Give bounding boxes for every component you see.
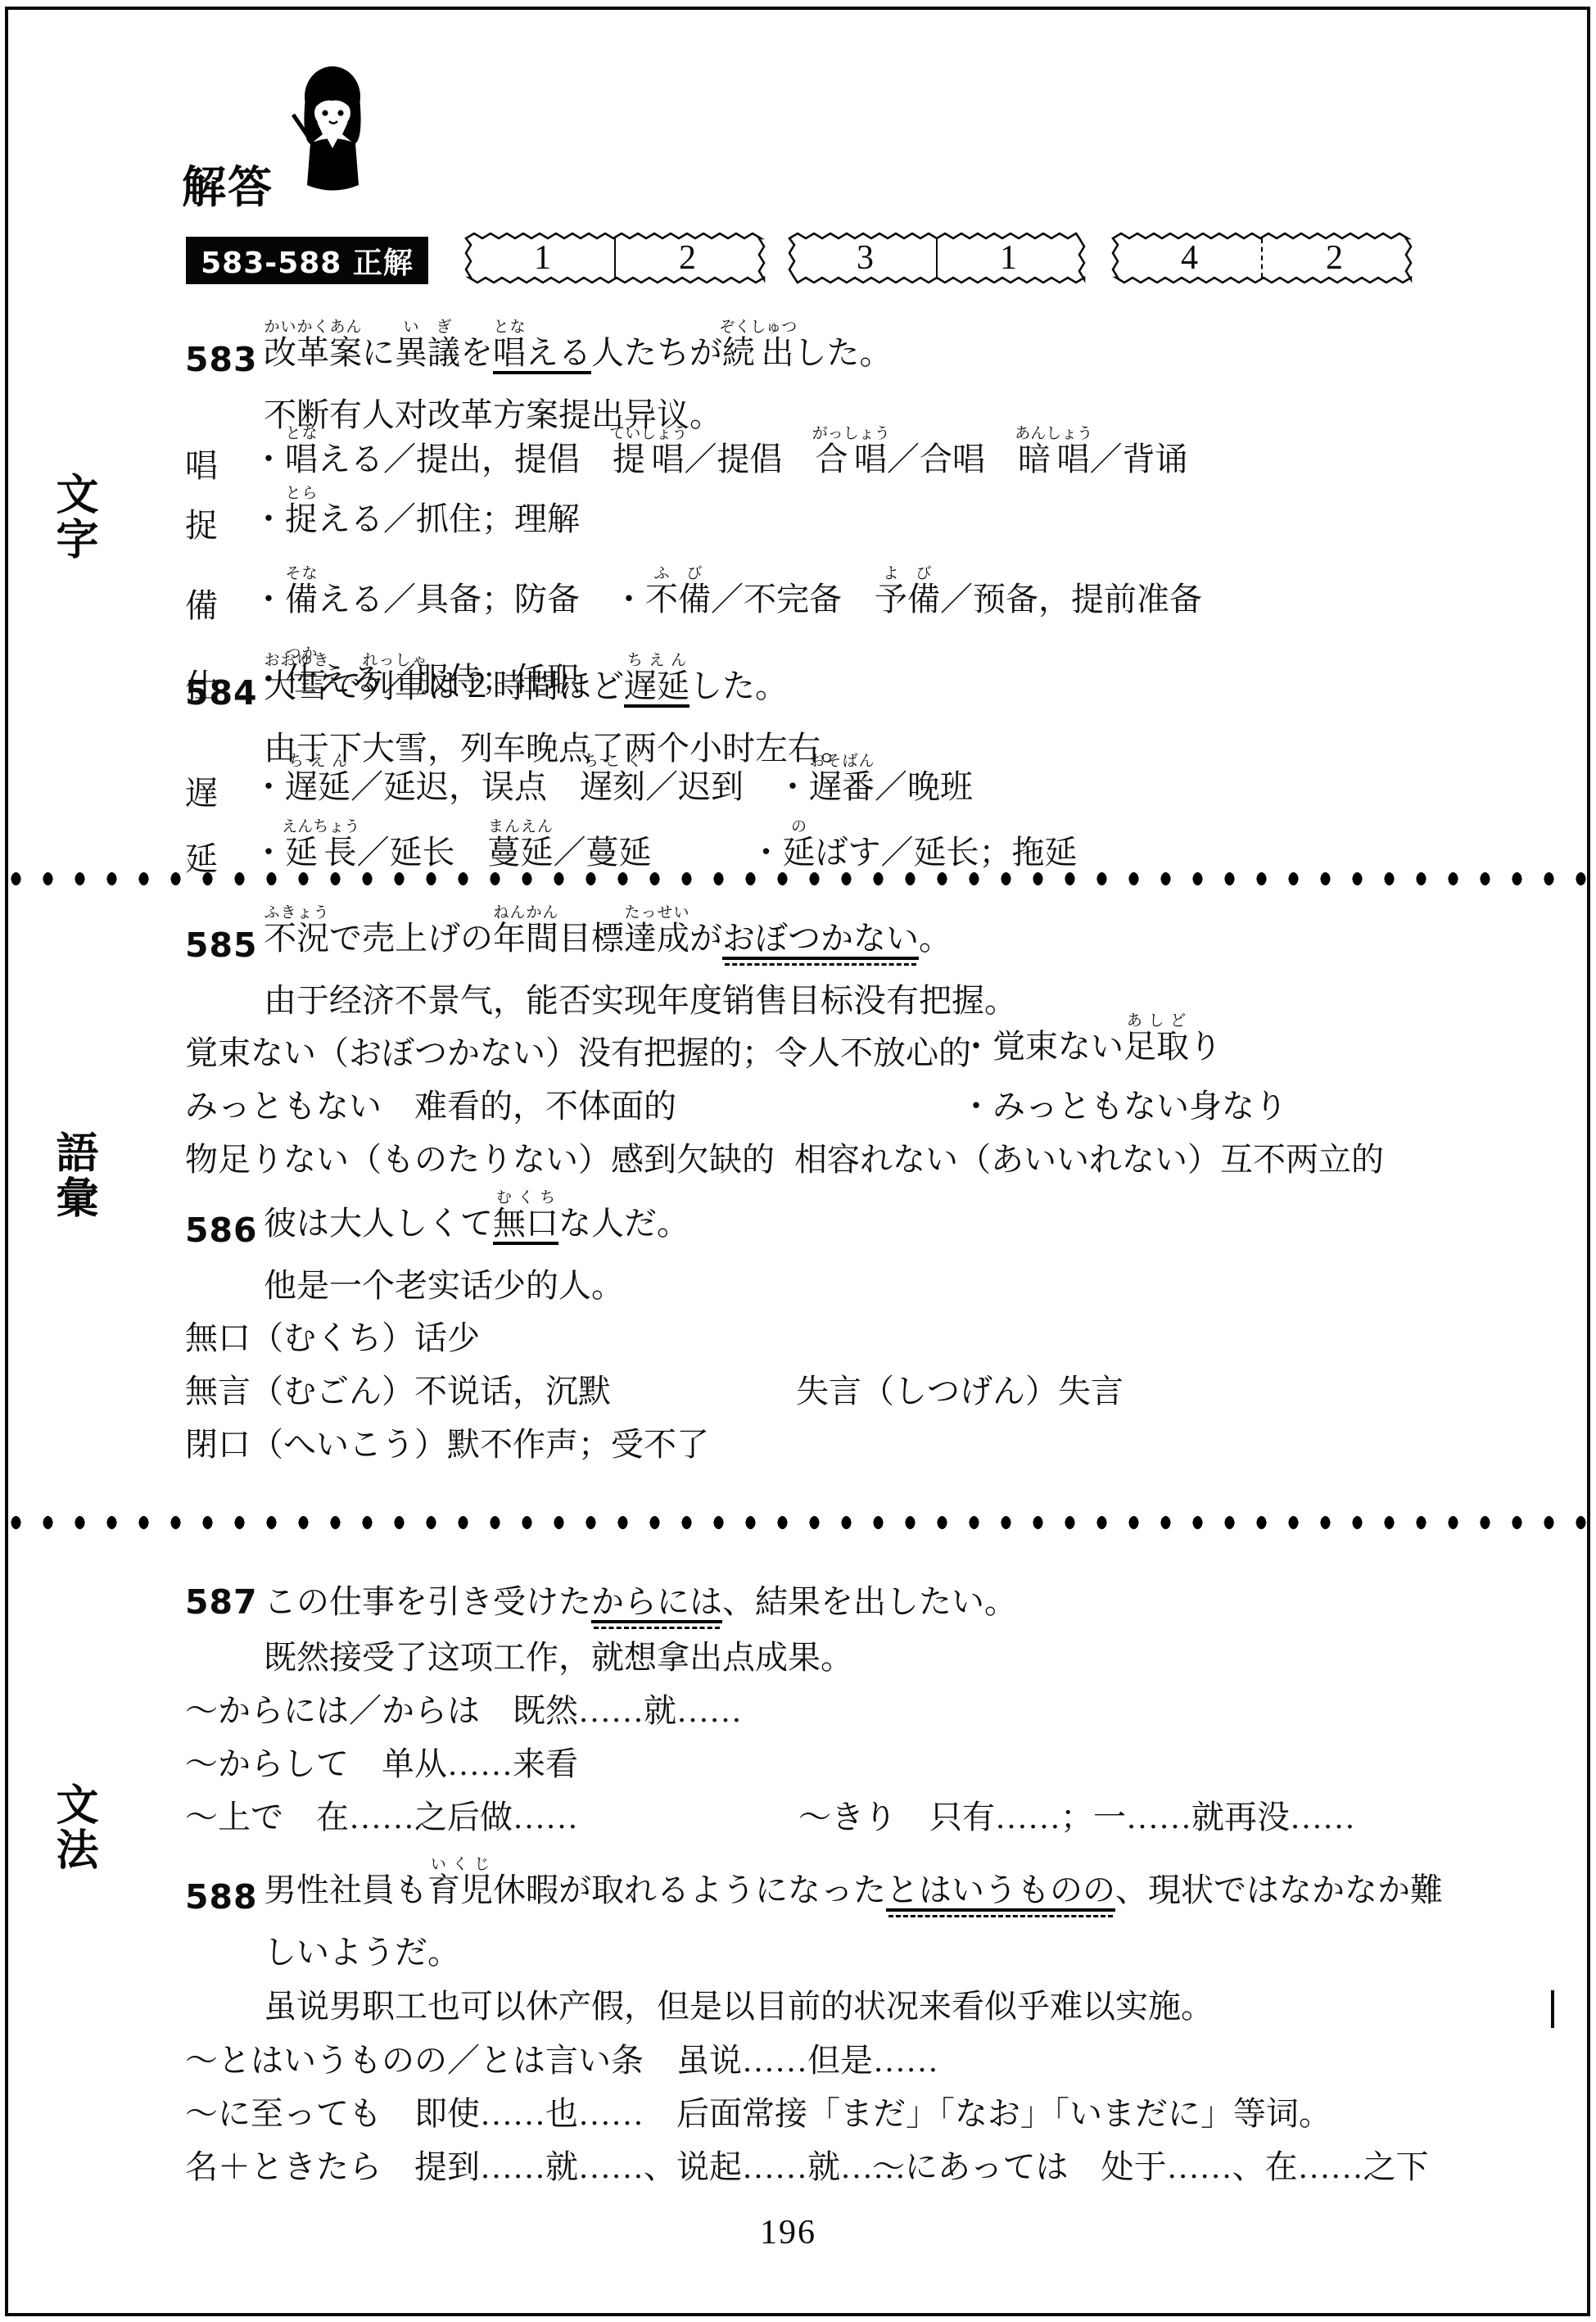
definition-line: ・延長えんちょう／延长 蔓延まんえん／蔓延 ・延のばす／延长；拖延 <box>252 818 1078 871</box>
question-number-586: 586 <box>185 1211 258 1250</box>
textbook-answer-page: { "page": { "title": "解答", "number": "19… <box>0 0 1596 2322</box>
question-number-588: 588 <box>185 1877 258 1917</box>
answer-cell: 1 <box>471 238 614 278</box>
grammar-line: ～からには／からは 既然……就…… <box>185 1691 742 1730</box>
grammar-line: 名＋ときたら 提到……就……、说起……就…… <box>185 2148 906 2186</box>
page-number: 196 <box>760 2213 816 2254</box>
answer-box-1: 1 2 <box>464 232 766 284</box>
definition-line: ・みっともない身なり <box>960 1087 1287 1125</box>
kanji-leader: 唱 <box>185 446 218 485</box>
kanji-leader: 備 <box>185 586 218 625</box>
question-text-588: 男性社員も育児いくじ休暇が取れるようになったとはいうものの、現状ではなかなか難 <box>264 1856 1443 1909</box>
definition-line: ・唱となえる／提出，提倡 提唱ていしょう／提倡 合唱がっしょう／合唱 暗唱あんし… <box>252 425 1188 478</box>
translation-585: 由于经济不景气，能否实现年度销售目标没有把握。 <box>264 981 1017 1020</box>
question-number-587: 587 <box>185 1582 258 1622</box>
sidebar-label-moji: 文字 <box>43 472 104 562</box>
kanji-leader: 遅 <box>185 774 218 812</box>
question-text-588-cont: しいようだ。 <box>264 1933 460 1971</box>
sidebar-label-bunpo: 文法 <box>43 1782 104 1872</box>
kanji-leader: 捉 <box>185 506 218 545</box>
margin-mark <box>1551 1990 1554 2028</box>
grammar-line: ～に至っても 即使……也…… 后面常接「まだ」「なお」「いまだに」等词。 <box>185 2094 1332 2133</box>
definition-line: 無口（むくち）话少 <box>185 1319 480 1357</box>
translation-588: 虽说男职工也可以休产假，但是以目前的状况来看似乎难以实施。 <box>264 1987 1214 2026</box>
sidebar-label-goi: 語彙 <box>43 1130 104 1220</box>
question-text-583: 改革案かいかくあんに異議いぎを唱となえる人たちが続出ぞくしゅつした。 <box>264 319 893 372</box>
grammar-line: ～とはいうものの／とは言い条 虽说……但是…… <box>185 2041 938 2080</box>
answer-cell: 3 <box>794 238 936 278</box>
question-number-583: 583 <box>185 340 258 379</box>
answer-box-2: 3 1 <box>788 232 1086 284</box>
definition-line: みっともない 难看的，不体面的 <box>185 1087 676 1125</box>
answer-cell: 4 <box>1118 238 1261 278</box>
definition-line: 物足りない（ものたりない）感到欠缺的 <box>185 1140 775 1179</box>
question-number-584: 584 <box>185 673 258 713</box>
definition-line: ・捉とらえる／抓住；理解 <box>252 485 580 538</box>
question-text-586: 彼は大人しくて無口むくちな人だ。 <box>264 1189 689 1242</box>
answer-cell: 1 <box>936 238 1079 278</box>
translation-586: 他是一个老实话少的人。 <box>264 1266 624 1305</box>
question-text-585: 不況ふきょうで売上げの年間ねんかん目標達成たっせいがおぼつかない。 <box>264 904 952 957</box>
answer-range-label: 583-588 正解 <box>186 237 428 284</box>
definition-line: ・備そなえる／具备；防备 ・不備ふび／不完备 予備よび／预备，提前准备 <box>252 565 1202 618</box>
question-text-587: この仕事を引き受けたからには、結果を出したい。 <box>264 1582 1017 1621</box>
answer-cell: 2 <box>1261 238 1406 278</box>
translation-587: 既然接受了这项工作，就想拿出点成果。 <box>264 1638 853 1677</box>
definition-line: ・遅延ちえん／延迟，误点 遅刻ちこく／迟到 ・遅番おそばん／晚班 <box>252 753 973 806</box>
answer-cell: 2 <box>614 238 759 278</box>
separator-dots <box>0 871 1596 886</box>
answer-box-3: 4 2 <box>1111 232 1413 284</box>
definition-line: 相容れない（あいいれない）互不两立的 <box>794 1140 1384 1179</box>
definition-line: 無言（むごん）不说话，沉默 <box>185 1372 611 1410</box>
question-text-584: 大雪おおゆきで列車れっしゃは２時間ほど遅延ちえんした。 <box>264 652 788 705</box>
definition-line: ・覚束ない足取あしどり <box>960 1012 1222 1066</box>
page-title: 解答 <box>182 152 274 215</box>
question-number-585: 585 <box>185 926 258 965</box>
grammar-line: ～にあっては 处于……、在……之下 <box>872 2148 1429 2186</box>
definition-line: 失言（しつげん）失言 <box>796 1372 1124 1410</box>
grammar-line: ～からして 单从……来看 <box>185 1745 578 1783</box>
teacher-girl-illustration <box>285 61 377 213</box>
definition-line: 覚束ない（おぼつかない）没有把握的；令人不放心的 <box>185 1034 971 1072</box>
separator-dots <box>0 1515 1596 1530</box>
definition-line: 閉口（へいこう）默不作声；受不了 <box>185 1425 709 1464</box>
grammar-line: ～きり 只有……；一……就再没…… <box>798 1798 1355 1836</box>
grammar-line: ～上で 在……之后做…… <box>185 1798 578 1836</box>
